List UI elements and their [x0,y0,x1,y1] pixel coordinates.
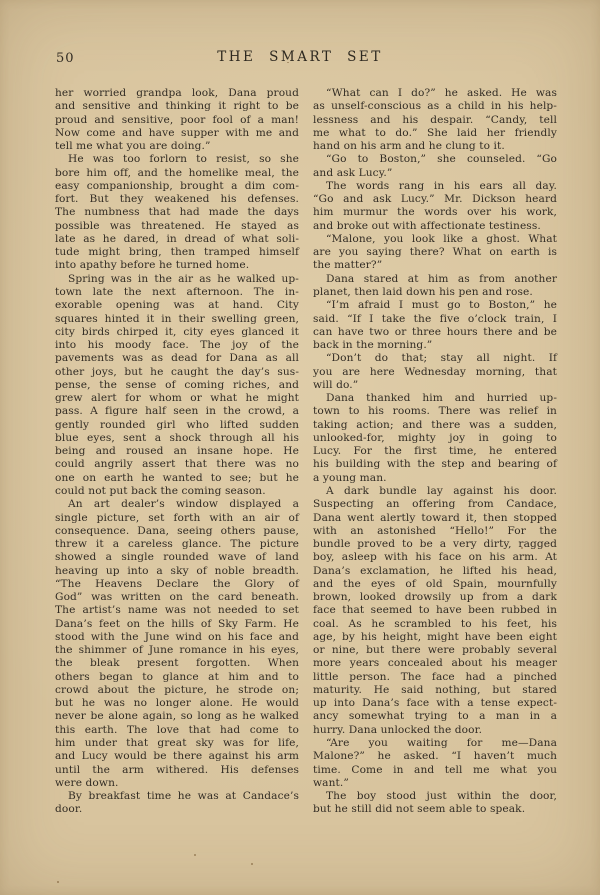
paragraph: her worried grandpa look, Dana proudand … [55,87,299,153]
text-line: A dark bundle lay against his door. [313,485,557,498]
text-line: with an astonished “Hello!” For the [313,525,557,538]
paragraph: Spring was in the air as he walked up-to… [55,273,299,499]
running-title: THE SMART SET [0,49,600,65]
text-line: “The Heavens Declare the Glory of [55,578,299,591]
text-line: but he was no longer alone. He would [55,697,299,710]
text-line: more years concealed about his meager [313,657,557,670]
text-line: Spring was in the air as he walked up- [55,273,299,286]
text-line: “Go to Boston,” she counseled. “Go [313,153,557,166]
text-line: me what to do.” She laid her friendly [313,127,557,140]
text-line: The boy stood just within the door, [313,790,557,803]
text-line: could not put back the coming season. [55,485,299,498]
text-line: Now come and have supper with me and [55,127,299,140]
text-line: you are here Wednesday morning, that [313,366,557,379]
paragraph: “Are you waiting for me—DanaMalone?” he … [313,737,557,790]
text-line: other joys, but he caught the day’s sus- [55,366,299,379]
text-line: said. “If I take the five o’clock train,… [313,313,557,326]
text-line: “I’m afraid I must go to Boston,” he [313,299,557,312]
text-line: “Malone, you look like a ghost. What [313,233,557,246]
paragraph: “What can I do?” he asked. He wasas unse… [313,87,557,153]
page-header: 50 THE SMART SET [0,49,600,67]
text-line: bundle proved to be a very dirty, ragged [313,538,557,551]
paragraph: The words rang in his ears all day.“Go a… [313,180,557,233]
text-line: the shimmer of June romance in his eyes, [55,644,299,657]
text-line: or nine, but there were probably several [313,644,557,657]
text-line: stood with the June wind on his face and [55,631,299,644]
text-line: “Don’t do that; stay all night. If [313,352,557,365]
text-line: this earth. The love that had come to [55,724,299,737]
text-line: but he still did not seem able to speak. [313,803,557,816]
text-line: The words rang in his ears all day. [313,180,557,193]
text-line: Malone?” he asked. “I haven’t much [313,750,557,763]
text-line: bore him off, and the homelike meal, the [55,167,299,180]
text-line: town to his rooms. There was relief in [313,405,557,418]
text-line: face that seemed to have been rubbed in [313,604,557,617]
text-line: until the arm withered. His defenses [55,764,299,777]
text-line: door. [55,803,299,816]
text-line: God” was written on the card beneath. [55,591,299,604]
text-line: tell me what you are doing.” [55,140,299,153]
text-line: fort. But they weakened his defenses. [55,193,299,206]
text-line: easy companionship, brought a dim com- [55,180,299,193]
text-line: single picture, set forth with an air of [55,512,299,525]
text-line: time. Come in and tell me what you [313,764,557,777]
text-line: his building with the step and bearing o… [313,458,557,471]
text-line: and ask Lucy.” [313,167,557,180]
text-line: Dana thanked him and hurried up- [313,392,557,405]
text-line: being and roused an insane hope. He [55,445,299,458]
text-line: and broke out with affectionate testines… [313,220,557,233]
text-line: By breakfast time he was at Candace’s [55,790,299,803]
text-line: are you saying there? What on earth is [313,246,557,259]
text-line: city birds chirped it, city eyes glanced… [55,326,299,339]
text-line: heaving up into a sky of noble breadth. [55,565,299,578]
paragraph: He was too forlorn to resist, so shebore… [55,153,299,272]
text-line: The artist’s name was not needed to set [55,604,299,617]
paragraph: Dana thanked him and hurried up-town to … [313,392,557,485]
text-line: boy, asleep with his face on his arm. At [313,551,557,564]
text-line: up into Dana’s face with a tense expect- [313,697,557,710]
text-line: will do.” [313,379,557,392]
text-line: ancy somewhat trying to a man in a [313,710,557,723]
paragraph: By breakfast time he was at Candace’sdoo… [55,790,299,817]
scanned-page: 50 THE SMART SET her worried grandpa loo… [0,0,600,895]
text-line: a young man. [313,472,557,485]
text-line: Dana’s feet on the hills of Sky Farm. He [55,618,299,631]
text-line: Dana’s exclamation, he lifted his head, [313,565,557,578]
text-line: Dana stared at him as from another [313,273,557,286]
paragraph: A dark bundle lay against his door.Suspe… [313,485,557,737]
text-line: were down. [55,777,299,790]
text-line: Dana went alertly toward it, then stoppe… [313,512,557,525]
paragraph: Dana stared at him as from anotherplanet… [313,273,557,300]
text-line: “Go and ask Lucy.” Mr. Dickson heard [313,193,557,206]
text-line: proud and sensitive, poor fool of a man! [55,114,299,127]
text-line: brown, looked drowsily up from a dark [313,591,557,604]
text-line: taking action; and there was a sudden, [313,419,557,432]
column-left: her worried grandpa look, Dana proudand … [55,87,299,817]
text-line: showed a single rounded wave of land [55,551,299,564]
text-line: An art dealer’s window displayed a [55,498,299,511]
paper-speck [194,854,196,856]
text-line: could angrily assert that there was no [55,458,299,471]
text-line: and Lucy would be there against his arm [55,750,299,763]
text-line: into his moody face. The joy of the [55,339,299,352]
text-line: age, by his height, might have been eigh… [313,631,557,644]
text-line: and sensitive and thinking it right to b… [55,100,299,113]
text-line: “Are you waiting for me—Dana [313,737,557,750]
text-line: can have two or three hours there and be [313,326,557,339]
text-line: lessness and his despair. “Candy, tell [313,114,557,127]
text-line: and the eyes of old Spain, mournfully [313,578,557,591]
text-line: hurry. Dana unlocked the door. [313,724,557,737]
text-line: grew alert for whom or what he might [55,392,299,405]
text-line: crowd about the picture, he strode on; [55,684,299,697]
paragraph: “Don’t do that; stay all night. Ifyou ar… [313,352,557,392]
column-right: “What can I do?” he asked. He wasas unse… [313,87,557,817]
text-line: exorable opening was at hand. City [55,299,299,312]
text-line: possible was threatened. He stayed as [55,220,299,233]
text-line: late as he dared, in dread of what soli- [55,233,299,246]
text-line: Lucy. For the first time, he entered [313,445,557,458]
text-line: him murmur the words over his work, [313,206,557,219]
text-line: back in the morning.” [313,339,557,352]
paper-speck [521,547,523,549]
paragraph: The boy stood just within the door,but h… [313,790,557,817]
text-line: the bleak present forgotten. When [55,657,299,670]
text-line: the matter?” [313,259,557,272]
text-line: him under that great sky was for life, [55,737,299,750]
text-line: want.” [313,777,557,790]
text-line: consequence. Dana, seeing others pause, [55,525,299,538]
page-number: 50 [56,51,75,66]
paragraph: “Malone, you look like a ghost. Whatare … [313,233,557,273]
paper-speck [57,881,59,883]
text-line: into apathy before he turned home. [55,259,299,272]
text-line: pavements was as dead for Dana as all [55,352,299,365]
text-line: gently rounded girl who lifted sudden [55,419,299,432]
text-columns: her worried grandpa look, Dana proudand … [55,87,557,817]
text-line: tude might bring, then tramped himself [55,246,299,259]
text-line: little person. The face had a pinched [313,671,557,684]
text-line: squares hinted it in their swelling gree… [55,313,299,326]
paper-speck [287,62,289,63]
paper-speck [251,863,253,865]
paragraph: “I’m afraid I must go to Boston,” hesaid… [313,299,557,352]
text-line: town late the next afternoon. The in- [55,286,299,299]
text-line: her worried grandpa look, Dana proud [55,87,299,100]
text-line: hand on his arm and he clung to it. [313,140,557,153]
text-line: maturity. He said nothing, but stared [313,684,557,697]
text-line: He was too forlorn to resist, so she [55,153,299,166]
text-line: others began to glance at him and to [55,671,299,684]
text-line: pass. A figure half seen in the crowd, a [55,405,299,418]
text-line: planet, then laid down his pen and rose. [313,286,557,299]
paragraph: An art dealer’s window displayed asingle… [55,498,299,790]
paragraph: “Go to Boston,” she counseled. “Goand as… [313,153,557,180]
text-line: coal. As he scrambled to his feet, his [313,618,557,631]
text-line: unlooked-for, mighty joy in going to [313,432,557,445]
text-line: one on earth he wanted to see; but he [55,472,299,485]
text-line: pense, the sense of coming riches, and [55,379,299,392]
text-line: threw it a careless glance. The picture [55,538,299,551]
text-line: Suspecting an offering from Candace, [313,498,557,511]
text-line: never be alone again, so long as he walk… [55,710,299,723]
text-line: as unself-conscious as a child in his he… [313,100,557,113]
text-line: blue eyes, sent a shock through all his [55,432,299,445]
text-line: “What can I do?” he asked. He was [313,87,557,100]
text-line: The numbness that had made the days [55,206,299,219]
